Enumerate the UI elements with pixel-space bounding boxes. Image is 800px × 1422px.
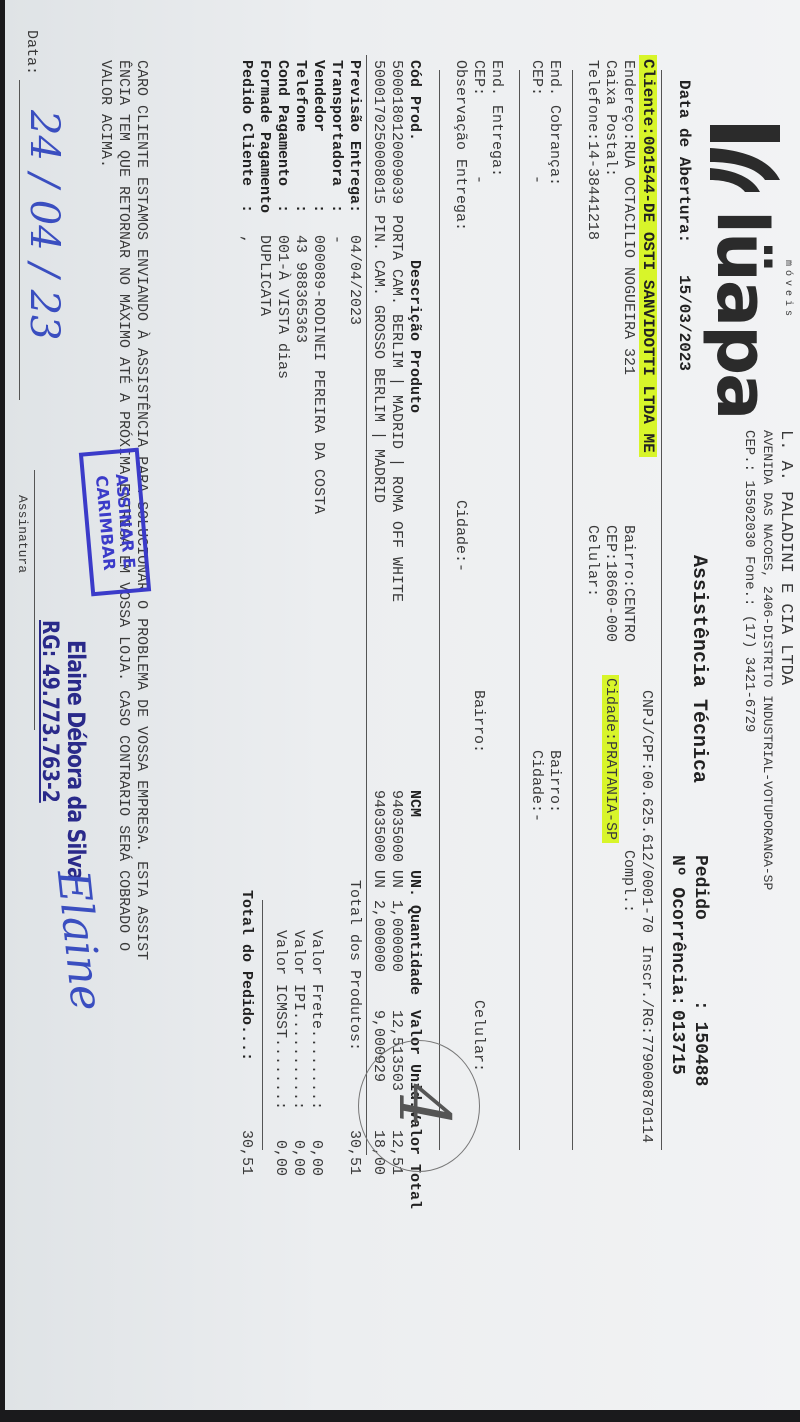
signature-label: Assinatura	[15, 495, 30, 573]
client-phone: Telefone:14-38441218	[584, 60, 601, 240]
order-total-value: 30,51	[238, 1130, 255, 1175]
company-cep-phone: CEP.: 15502030 Fone.: (17) 3421-6729	[741, 430, 757, 732]
document-paper: lüapa móveis L. A. PALADINI E CIA LTDA A…	[5, 0, 800, 1410]
billing-cep-value: -	[528, 175, 545, 184]
divider	[519, 70, 520, 1150]
item-description: PORTA CAM. BERLIM | MADRID | ROMA OFF WH…	[388, 215, 405, 602]
handwritten-signature: Elaine	[47, 868, 112, 1013]
carrier-value: -	[328, 235, 345, 244]
opening-date: 15/03/2023	[675, 275, 693, 371]
client-order-value: ,	[238, 235, 255, 244]
company-name: L. A. PALADINI E CIA LTDA	[776, 430, 795, 685]
products-total-label: Total dos Produtos:	[346, 880, 363, 1051]
client-address: Endereço:RUA OCTACILIO NOGUEIRA 321	[620, 60, 637, 375]
signer-rg: RG: 49.773.763-2	[37, 620, 62, 803]
notice-line-3: VALOR ACIMA.	[97, 60, 114, 168]
item-ncm: 94035000	[370, 790, 387, 862]
ocorrencia-number: 013715	[667, 1010, 687, 1075]
ocorrencia-label: Nº Ocorrência:	[667, 855, 687, 1006]
payment-method-label: Formade Pagamento	[256, 60, 273, 213]
phone-label: Telefone :	[292, 60, 309, 213]
client-postal-box: Caixa Postal:	[602, 60, 619, 177]
signature-line	[34, 470, 35, 730]
delivery-cep-label: CEP:	[470, 60, 487, 96]
delivery-cellphone: Celular:	[470, 1000, 487, 1072]
signer-name: Elaine Débora da Silva	[62, 640, 90, 880]
billing-address-label: End. Cobrança:	[546, 60, 563, 186]
opening-date-label: Data de Abertura:	[675, 80, 693, 243]
billing-city: Cidade:-	[528, 750, 545, 822]
col-header-ncm: NCM	[406, 790, 423, 817]
payment-terms-value: 001-À VISTA dias	[274, 235, 291, 379]
divider	[262, 900, 263, 1150]
freight-value: 0,00	[308, 1140, 325, 1176]
client-cnpj: CNPJ/CPF:00.625.612/0001-70	[638, 690, 655, 933]
date-label: Data:	[23, 30, 40, 75]
icmsst-value: 0,00	[272, 1140, 289, 1176]
delivery-city: Cidade:-	[452, 500, 469, 572]
col-header-unit: UN.	[406, 870, 423, 897]
pedido-number: : 150488	[690, 1000, 710, 1086]
item-quantity: 1,000000	[388, 900, 405, 972]
delivery-forecast-value: 04/04/2023	[346, 235, 363, 325]
client-inscr: Inscr./RG:779000870114	[638, 945, 655, 1143]
delivery-bairro: Bairro:	[470, 690, 487, 753]
delivery-cep-value: -	[470, 175, 487, 184]
col-header-quantity: Quantidade	[406, 905, 423, 995]
handwritten-mark: 4	[358, 1040, 480, 1172]
client-bairro: Bairro:CENTRO	[620, 525, 637, 642]
col-header-code: Cód Prod.	[406, 60, 423, 141]
products-total-value: 30,51	[346, 1130, 363, 1175]
item-ncm: 94035000	[388, 790, 405, 862]
delivery-forecast-label: Previsão Entrega:	[346, 60, 363, 213]
logo-subtext: móveis	[782, 260, 793, 320]
company-address: AVENIDA DAS NACOES, 2406-DISTRITO INDUST…	[760, 430, 775, 890]
item-code: 5000180120009039	[388, 60, 405, 204]
item-code: 5000170250008015	[370, 60, 387, 204]
seller-value: 000089-RODINEI PEREIRA DA COSTA	[310, 235, 327, 514]
document-page: lüapa móveis L. A. PALADINI E CIA LTDA A…	[5, 0, 800, 1410]
billing-cep-label: CEP:	[528, 60, 545, 96]
divider	[366, 55, 367, 1155]
client-compl: Compl.:	[620, 850, 637, 913]
payment-terms-label: Cond Pagamento :	[274, 60, 291, 213]
freight-label: Valor Frete........:	[308, 930, 325, 1110]
item-description: PIN. CAM. GROSSO BERLIM | MADRID	[370, 215, 387, 503]
item-unit: UN	[388, 870, 405, 888]
client-order-label: Pedido Cliente :	[238, 60, 255, 213]
col-header-description: Descrição Produto	[406, 260, 423, 413]
divider	[572, 70, 573, 1150]
client-cep: CEP:18660-000	[602, 525, 619, 642]
client-city: Cidade:PRATANIA-SP	[602, 675, 619, 843]
order-total-label: Total do Pedido...:	[238, 890, 255, 1061]
logo-text: lüapa	[701, 210, 783, 418]
client-name: Cliente:001544-DE OSTI SANVIDOTTI LTDA M…	[639, 55, 657, 457]
seller-label: Vendedor :	[310, 60, 327, 213]
ipi-label: Valor IPI..........:	[290, 930, 307, 1110]
pedido-label: Pedido	[690, 855, 710, 920]
stamp: ASSINAR E CARIMBAR	[79, 448, 151, 597]
handwritten-date: 24 / 04 / 23	[21, 110, 67, 341]
date-line	[19, 80, 20, 400]
page-title: Assistência Técnica	[687, 555, 710, 783]
icmsst-label: Valor ICMSST.......:	[272, 930, 289, 1110]
ipi-value: 0,00	[290, 1140, 307, 1176]
carrier-label: Transportadora :	[328, 60, 345, 213]
client-cellphone: Celular:	[584, 525, 601, 597]
billing-bairro: Bairro:	[546, 750, 563, 813]
divider	[661, 70, 662, 1150]
item-unit: UN	[370, 870, 387, 888]
delivery-observation: Observação Entrega:	[452, 60, 469, 231]
item-quantity: 2,000000	[370, 900, 387, 972]
payment-method-value: DUPLICATA	[256, 235, 273, 316]
divider	[439, 70, 440, 1150]
phone-value: 43 988365363	[292, 235, 309, 343]
delivery-address-label: End. Entrega:	[488, 60, 505, 177]
